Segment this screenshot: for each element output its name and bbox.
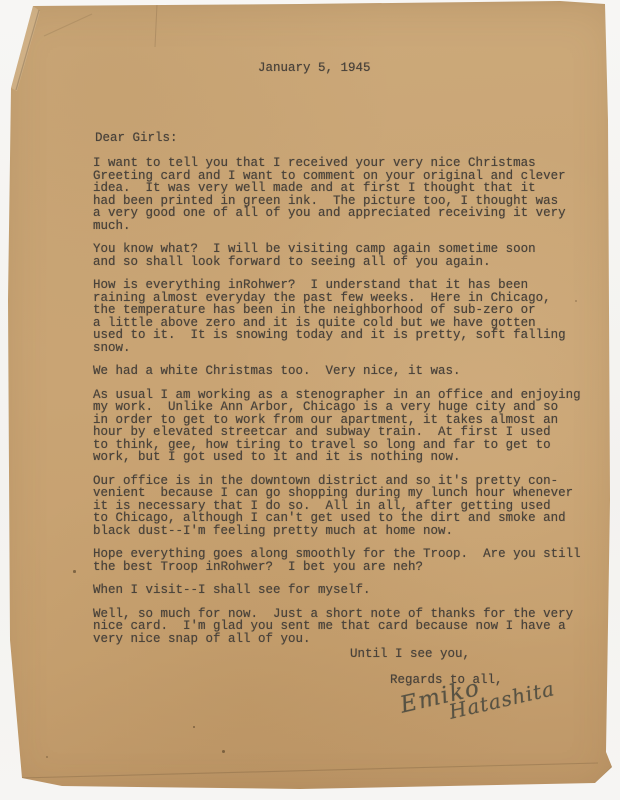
scan-background: January 5, 1945 Dear Girls: I want to te… [0, 0, 620, 800]
letter-paragraph-5: As usual I am working as a stenographer … [93, 389, 581, 464]
paper-speckle [222, 750, 225, 753]
letter-body: I want to tell you that I received your … [93, 157, 581, 656]
letter-paper: January 5, 1945 Dear Girls: I want to te… [0, 0, 620, 800]
letter-paragraph-8: When I visit--I shall see for myself. [93, 584, 581, 597]
fold-flap-highlight [11, 6, 40, 91]
letter-paragraph-6: Our office is in the downtown district a… [93, 475, 581, 538]
paper-speckle [73, 570, 76, 573]
letter-paragraph-4: We had a white Christmas too. Very nice,… [93, 365, 581, 378]
paper-speckle [575, 300, 577, 302]
letter-salutation: Dear Girls: [95, 132, 178, 145]
letter-paragraph-1: I want to tell you that I received your … [93, 157, 581, 232]
letter-paragraph-7: Hope everything goes along smoothly for … [93, 548, 581, 573]
corner-chip-bottom-right [596, 767, 612, 783]
letter-date: January 5, 1945 [258, 62, 371, 75]
bottom-fold-crease [20, 763, 598, 778]
minor-crease-top-center [155, 4, 157, 47]
letter-paragraph-9: Well, so much for now. Just a short note… [93, 608, 581, 646]
letter-paragraph-3: How is everything inRohwer? I understand… [93, 279, 581, 354]
paper-speckle [46, 756, 48, 758]
minor-crease-top-left [44, 14, 92, 36]
closing-until-i-see-you: Until I see you, [350, 648, 470, 661]
paper-speckle [193, 726, 195, 728]
letter-paragraph-2: You know what? I will be visiting camp a… [93, 243, 581, 268]
